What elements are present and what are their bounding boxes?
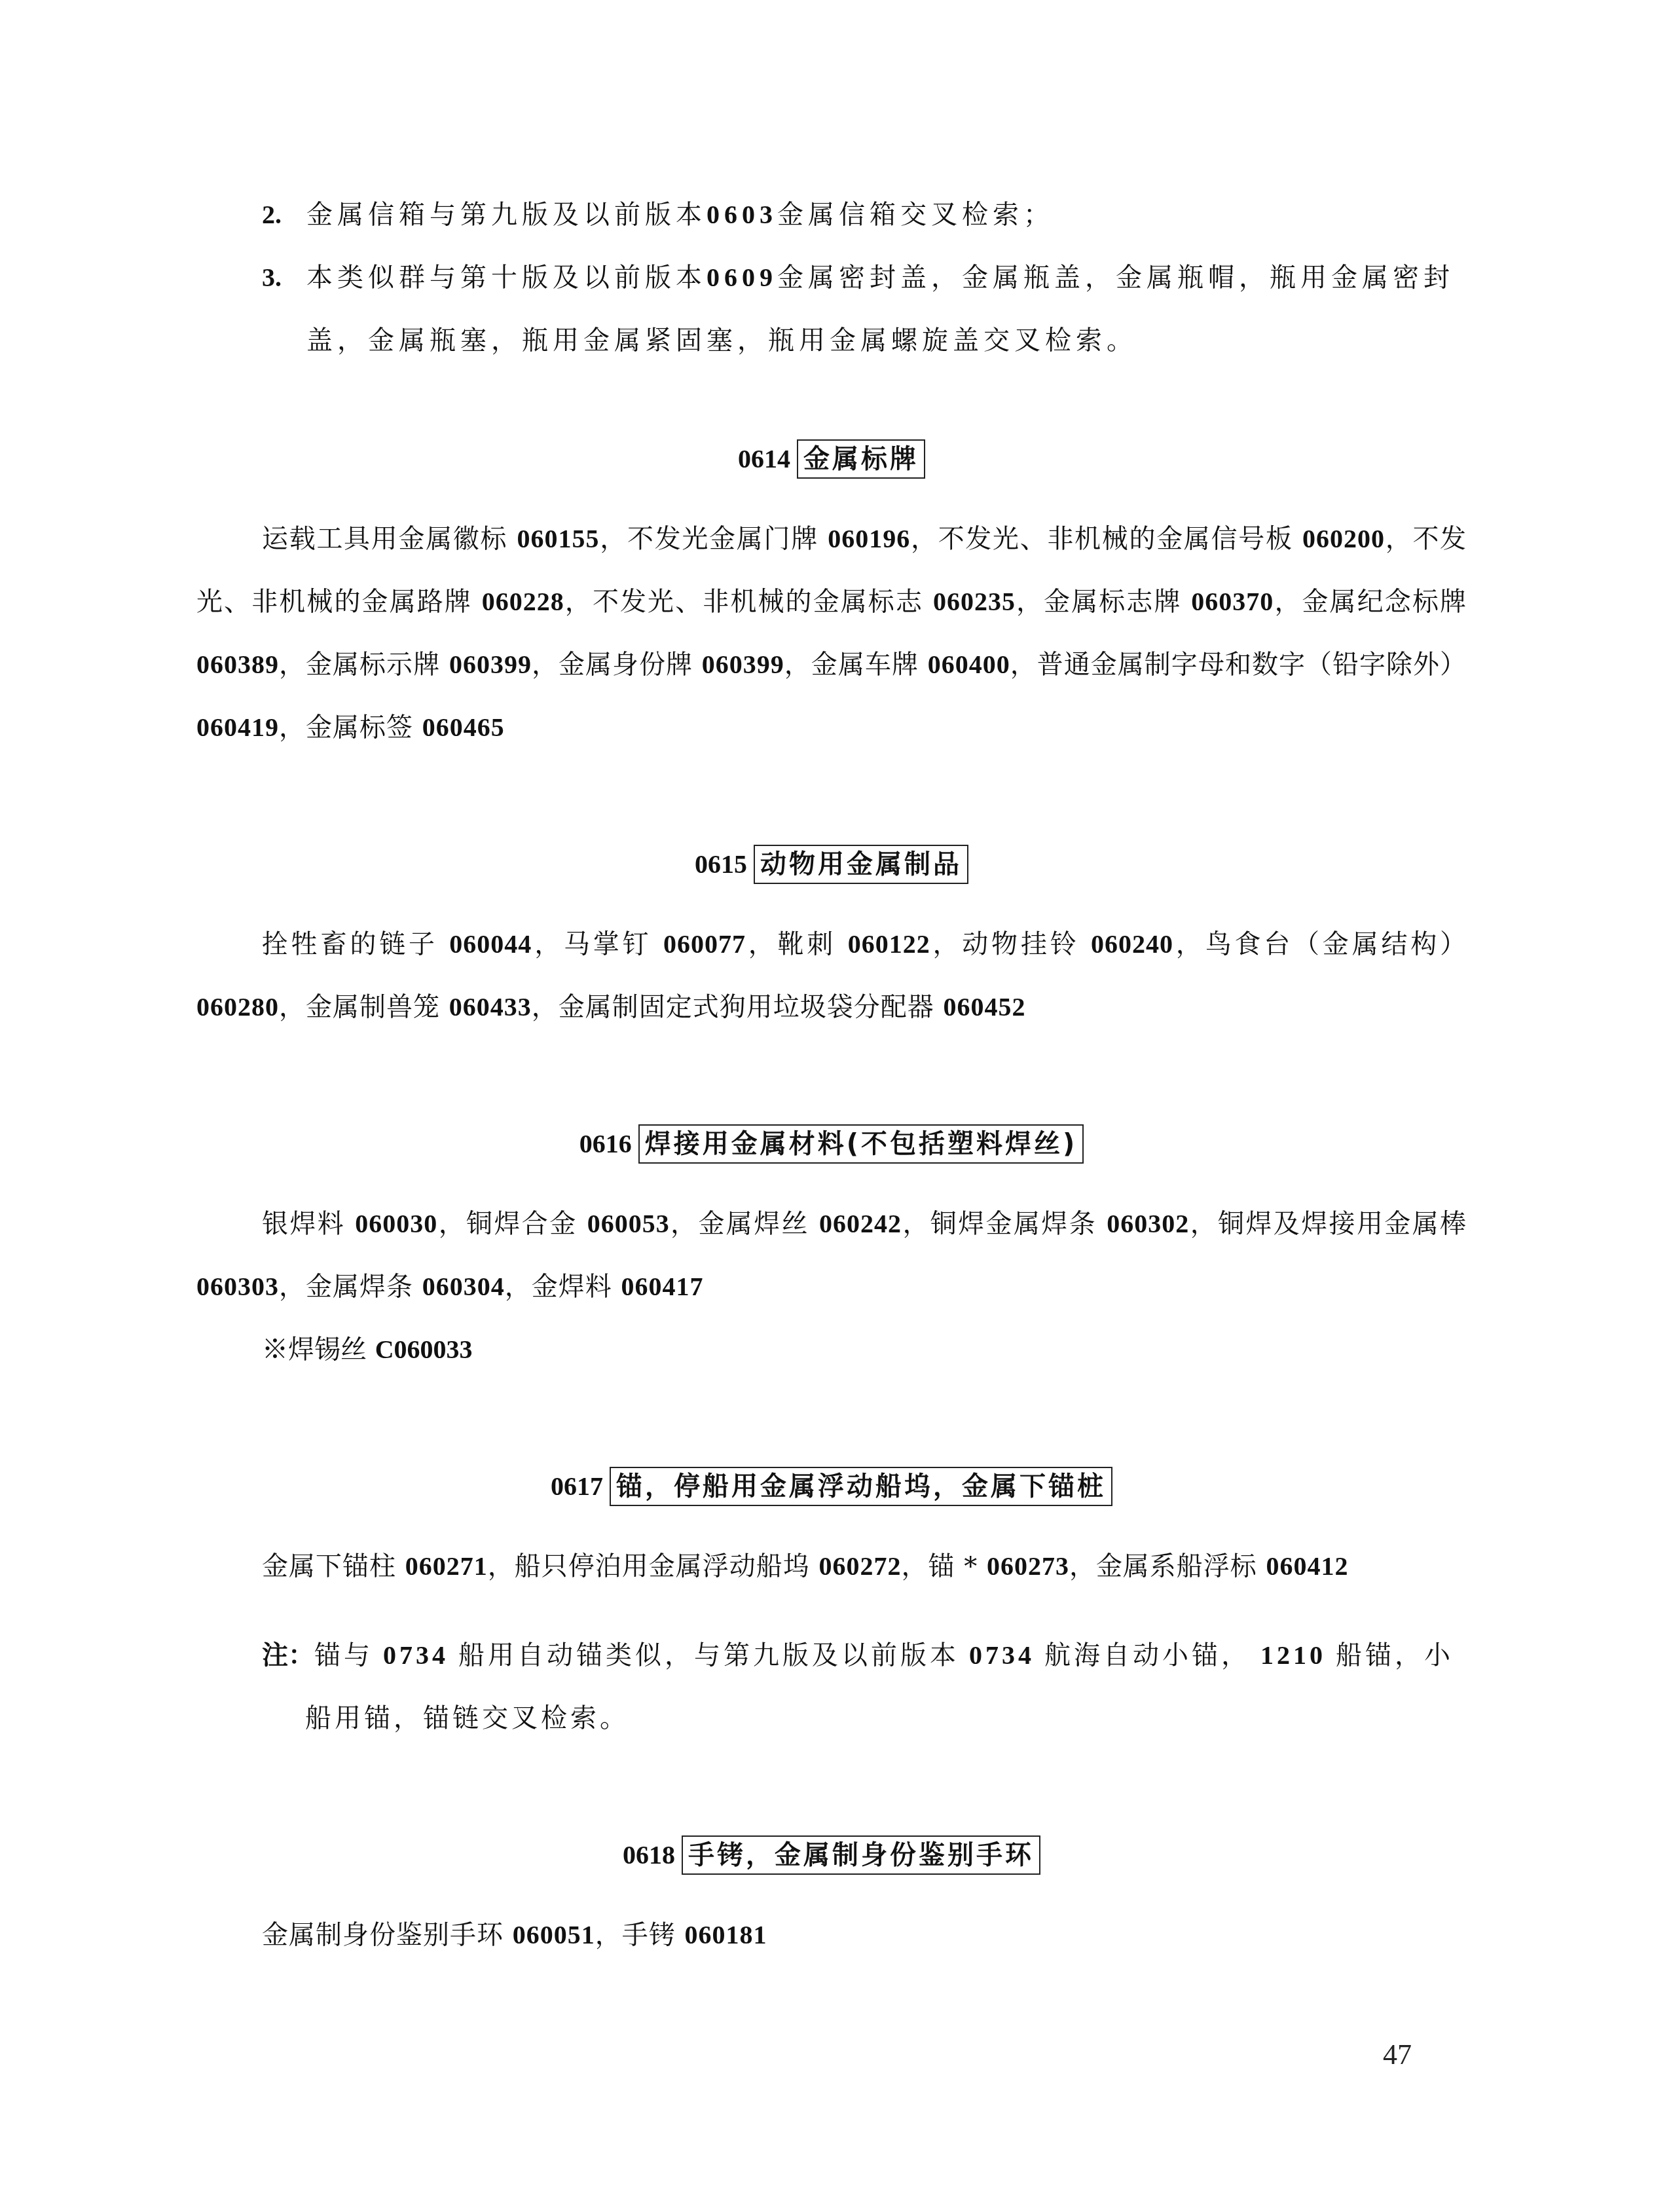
- goods-name: 动物挂铃: [962, 929, 1079, 959]
- goods-code: 060228: [482, 587, 564, 616]
- separator: ，: [488, 1551, 515, 1581]
- separator: ，: [564, 587, 593, 617]
- goods-code: 060419: [196, 712, 279, 742]
- goods-list: 金属制身份鉴别手环 060051，手铐 060181: [196, 1904, 1467, 1966]
- note-item-2: 2.金属信箱与第九版及以前版本0603金属信箱交叉检索；: [262, 183, 1480, 246]
- section-heading: 0615动物用金属制品: [196, 843, 1467, 884]
- separator: ，: [600, 524, 627, 554]
- goods-code: 060272: [818, 1551, 901, 1581]
- section-heading: 0618手铐，金属制身份鉴别手环: [196, 1834, 1467, 1875]
- goods-code: 060155: [517, 524, 600, 553]
- class-group-0618: 0618手铐，金属制身份鉴别手环金属制身份鉴别手环 060051，手铐 0601…: [196, 1834, 1467, 1966]
- group-code: 0617: [551, 1471, 603, 1501]
- goods-code: 060400: [928, 650, 1010, 679]
- goods-code: 060273: [987, 1551, 1069, 1581]
- goods-name: 金属焊丝: [698, 1209, 809, 1239]
- goods-code: 060240: [1091, 929, 1173, 959]
- goods-name: 铜焊及焊接用金属棒: [1218, 1209, 1467, 1239]
- goods-code: 060304: [422, 1272, 505, 1301]
- group-code: 0618: [623, 1840, 675, 1870]
- goods-name: 马掌钉: [564, 929, 652, 959]
- goods-code: 060280: [196, 992, 279, 1022]
- section-note: 注：锚与 0734 船用自动锚类似，与第九版及以前版本 0734 航海自动小锚，…: [196, 1624, 1467, 1750]
- goods-code: 060053: [587, 1209, 670, 1238]
- note-label: 注：: [262, 1640, 314, 1670]
- separator: ，: [784, 650, 811, 680]
- section-heading: 0617锚，停船用金属浮动船坞，金属下锚桩: [196, 1465, 1467, 1506]
- goods-name: 金属制固定式狗用垃圾袋分配器: [559, 992, 934, 1022]
- goods-code: 060399: [702, 650, 784, 679]
- section-heading: 0614金属标牌: [196, 437, 1467, 479]
- goods-code: 060417: [621, 1272, 703, 1301]
- separator: ，: [532, 992, 559, 1022]
- goods-name: 靴刺: [778, 929, 837, 959]
- goods-list: 银焊料 060030，铜焊合金 060053，金属焊丝 060242，铜焊金属焊…: [196, 1192, 1467, 1318]
- separator: ，: [279, 1272, 306, 1302]
- group-title: 焊接用金属材料(不包括塑料焊丝): [638, 1124, 1084, 1164]
- separator: ，: [746, 929, 778, 959]
- mark-icon: ※: [262, 1335, 288, 1365]
- goods-name: 银焊料: [262, 1209, 345, 1239]
- separator: ，: [505, 1272, 532, 1302]
- goods-code: 060030: [355, 1209, 437, 1238]
- goods-name: 金属下锚柱: [262, 1551, 396, 1581]
- separator: ，: [1016, 587, 1044, 617]
- goods-name: 铜焊金属焊条: [930, 1209, 1097, 1239]
- separator: ，: [595, 1920, 622, 1950]
- separator: ，: [910, 524, 938, 554]
- group-title: 手铐，金属制身份鉴别手环: [682, 1835, 1040, 1875]
- note-text: 船用自动锚类似，与第九版及以前版本: [458, 1640, 959, 1670]
- goods-code: 060302: [1107, 1209, 1189, 1238]
- goods-code: 060181: [684, 1920, 767, 1949]
- goods-code: 060122: [848, 929, 930, 959]
- group-code: 0615: [695, 849, 747, 879]
- goods-name: 不发光、非机械的金属信号板: [938, 524, 1293, 554]
- goods-name: 金属制兽笼: [306, 992, 440, 1022]
- goods-name: 鸟食台（金属结构）: [1205, 929, 1467, 959]
- note-text: 锚与: [314, 1640, 373, 1670]
- separator: ，: [901, 1551, 928, 1581]
- goods-name: 手铐: [622, 1920, 676, 1950]
- class-group-0614: 0614金属标牌运载工具用金属徽标 060155，不发光金属门牌 060196，…: [196, 437, 1467, 759]
- goods-name: 运载工具用金属徽标: [262, 524, 507, 554]
- separator: ，: [279, 712, 306, 743]
- group-title: 锚，停船用金属浮动船坞，金属下锚桩: [610, 1467, 1112, 1506]
- group-code: 0614: [738, 444, 790, 473]
- note-code: 1210: [1251, 1640, 1336, 1670]
- group-code: 0616: [579, 1129, 632, 1158]
- goods-name: 锚 *: [928, 1551, 978, 1581]
- goods-name: 金属身份牌: [559, 650, 693, 680]
- separator: ，: [1274, 587, 1302, 617]
- note-text: 航海自动小锚，: [1044, 1640, 1251, 1670]
- separator: ，: [930, 929, 963, 959]
- goods-name: 金属焊条: [306, 1272, 413, 1302]
- class-group-0615: 0615动物用金属制品拴牲畜的链子 060044，马掌钉 060077，靴刺 0…: [196, 843, 1467, 1039]
- class-group-0616: 0616焊接用金属材料(不包括塑料焊丝)银焊料 060030，铜焊合金 0600…: [196, 1122, 1467, 1381]
- goods-code: 060271: [405, 1551, 488, 1581]
- separator: ，: [279, 992, 306, 1022]
- goods-code: 060051: [513, 1920, 595, 1949]
- goods-code: 060303: [196, 1272, 279, 1301]
- separator: ，: [1385, 524, 1412, 554]
- previous-section-notes: 2.金属信箱与第九版及以前版本0603金属信箱交叉检索； 3.本类似群与第十版及…: [262, 183, 1480, 372]
- goods-code: 060399: [449, 650, 532, 679]
- goods-name: 金属系船浮标: [1096, 1551, 1257, 1581]
- separator: ，: [279, 650, 306, 680]
- separator: ，: [437, 1209, 466, 1239]
- goods-code: 060412: [1266, 1551, 1349, 1581]
- goods-code: 060044: [449, 929, 532, 959]
- goods-list: 金属下锚柱 060271，船只停泊用金属浮动船坞 060272，锚 * 0602…: [196, 1535, 1467, 1598]
- goods-name: 铜焊合金: [466, 1209, 578, 1239]
- class-group-0617: 0617锚，停船用金属浮动船坞，金属下锚桩金属下锚柱 060271，船只停泊用金…: [196, 1465, 1467, 1750]
- goods-name: 船只停泊用金属浮动船坞: [515, 1551, 810, 1581]
- goods-code: 060242: [819, 1209, 902, 1238]
- goods-code: C060033: [375, 1335, 473, 1364]
- note-code: 0734: [959, 1640, 1044, 1670]
- goods-code: 060389: [196, 650, 279, 679]
- goods-code: 060235: [933, 587, 1016, 616]
- group-title: 动物用金属制品: [754, 845, 968, 884]
- goods-code: 060196: [828, 524, 910, 553]
- separator: ，: [532, 929, 564, 959]
- group-title: 金属标牌: [797, 439, 925, 479]
- goods-name: 金属标签: [306, 712, 413, 743]
- goods-list: 拴牲畜的链子 060044，马掌钉 060077，靴刺 060122，动物挂铃 …: [196, 913, 1467, 1039]
- goods-code: 060077: [663, 929, 746, 959]
- goods-list: 运载工具用金属徽标 060155，不发光金属门牌 060196，不发光、非机械的…: [196, 507, 1467, 759]
- goods-name: 金属纪念标牌: [1302, 587, 1467, 617]
- extra-goods: ※焊锡丝 C060033: [196, 1318, 1467, 1381]
- goods-code: 060200: [1302, 524, 1385, 553]
- separator: ，: [1069, 1551, 1096, 1581]
- goods-name: 金焊料: [532, 1272, 612, 1302]
- section-heading: 0616焊接用金属材料(不包括塑料焊丝): [196, 1122, 1467, 1164]
- goods-code: 060452: [943, 992, 1025, 1022]
- goods-name: 普通金属制字母和数字（铅字除外）: [1037, 650, 1467, 680]
- goods-name: 不发光金属门牌: [627, 524, 818, 554]
- separator: ，: [1173, 929, 1205, 959]
- goods-code: 060433: [449, 992, 532, 1022]
- separator: ，: [670, 1209, 699, 1239]
- separator: ，: [902, 1209, 930, 1239]
- note-code: 0734: [373, 1640, 458, 1670]
- goods-code: 060465: [422, 712, 505, 742]
- separator: ，: [1010, 650, 1037, 680]
- goods-name: 金属标示牌: [306, 650, 440, 680]
- goods-name: 金属车牌: [811, 650, 919, 680]
- goods-name: 不发光、非机械的金属标志: [593, 587, 923, 617]
- page-number: 47: [1383, 2038, 1412, 2071]
- separator: ，: [532, 650, 559, 680]
- goods-name: 金属标志牌: [1044, 587, 1181, 617]
- goods-name: 焊锡丝: [288, 1335, 367, 1365]
- goods-code: 060370: [1191, 587, 1274, 616]
- goods-name: 金属制身份鉴别手环: [262, 1920, 504, 1950]
- document-body: 0614金属标牌运载工具用金属徽标 060155，不发光金属门牌 060196，…: [196, 354, 1467, 1966]
- goods-name: 拴牲畜的链子: [262, 929, 438, 959]
- separator: ，: [1189, 1209, 1218, 1239]
